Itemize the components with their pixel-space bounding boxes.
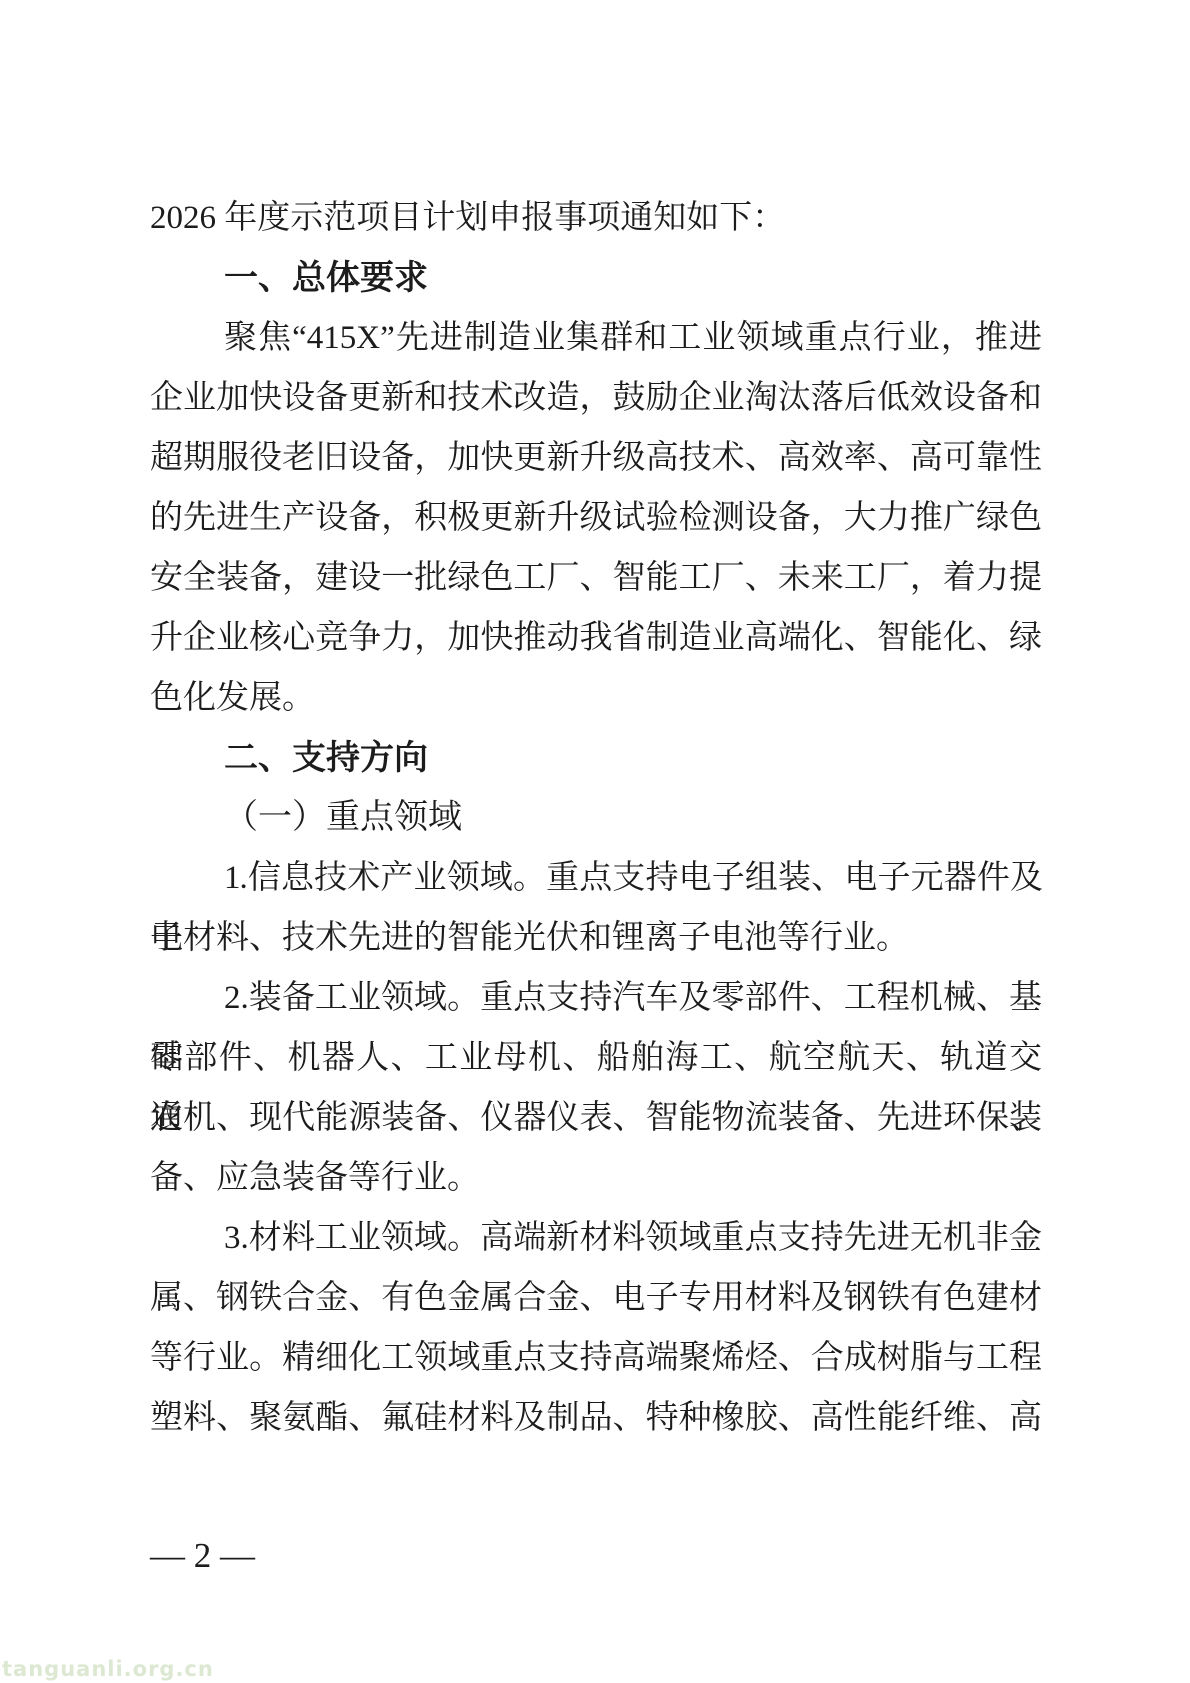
text-line: 农机、现代能源装备、仪器仪表、智能物流装备、先进环保装 [150,1088,1042,1148]
subsection-heading: （一）重点领域 [150,788,1042,848]
section-heading: 二、支持方向 [150,728,1042,788]
text-line: 属、钢铁合金、有色金属合金、电子专用材料及钢铁有色建材 [150,1268,1042,1328]
text-line: 企业加快设备更新和技术改造，鼓励企业淘汰落后低效设备和 [150,368,1042,428]
section-heading: 一、总体要求 [150,248,1042,308]
text-line: 的先进生产设备，积极更新升级试验检测设备，大力推广绿色 [150,488,1042,548]
text-line: 2026 年度示范项目计划申报事项通知如下： [150,188,1042,248]
text-line: 3.材料工业领域。高端新材料领域重点支持先进无机非金 [150,1208,1042,1268]
text-line: 安全装备，建设一批绿色工厂、智能工厂、未来工厂，着力提 [150,548,1042,608]
text-line: 升企业核心竞争力，加快推动我省制造业高端化、智能化、绿 [150,608,1042,668]
document-page: 2026 年度示范项目计划申报事项通知如下：一、总体要求聚焦“415X”先进制造… [0,0,1190,1683]
text-line: 子材料、技术先进的智能光伏和锂离子电池等行业。 [150,908,1042,968]
text-line: 塑料、聚氨酯、氟硅材料及制品、特种橡胶、高性能纤维、高 [150,1388,1042,1448]
document-body: 2026 年度示范项目计划申报事项通知如下：一、总体要求聚焦“415X”先进制造… [150,188,1042,1448]
text-line: 色化发展。 [150,668,1042,728]
text-line: 等行业。精细化工领域重点支持高端聚烯烃、合成树脂与工程 [150,1328,1042,1388]
watermark-text: tanguanli.org.cn [2,1656,214,1683]
text-line: 聚焦“415X”先进制造业集群和工业领域重点行业，推进 [150,308,1042,368]
text-line: 2.装备工业领域。重点支持汽车及零部件、工程机械、基础 [150,968,1042,1028]
text-line: 超期服役老旧设备，加快更新升级高技术、高效率、高可靠性 [150,428,1042,488]
text-line: 1.信息技术产业领域。重点支持电子组装、电子元器件及电 [150,848,1042,908]
text-line: 零部件、机器人、工业母机、船舶海工、航空航天、轨道交通、 [150,1028,1042,1088]
page-number: — 2 — [150,1535,255,1577]
text-line: 备、应急装备等行业。 [150,1148,1042,1208]
